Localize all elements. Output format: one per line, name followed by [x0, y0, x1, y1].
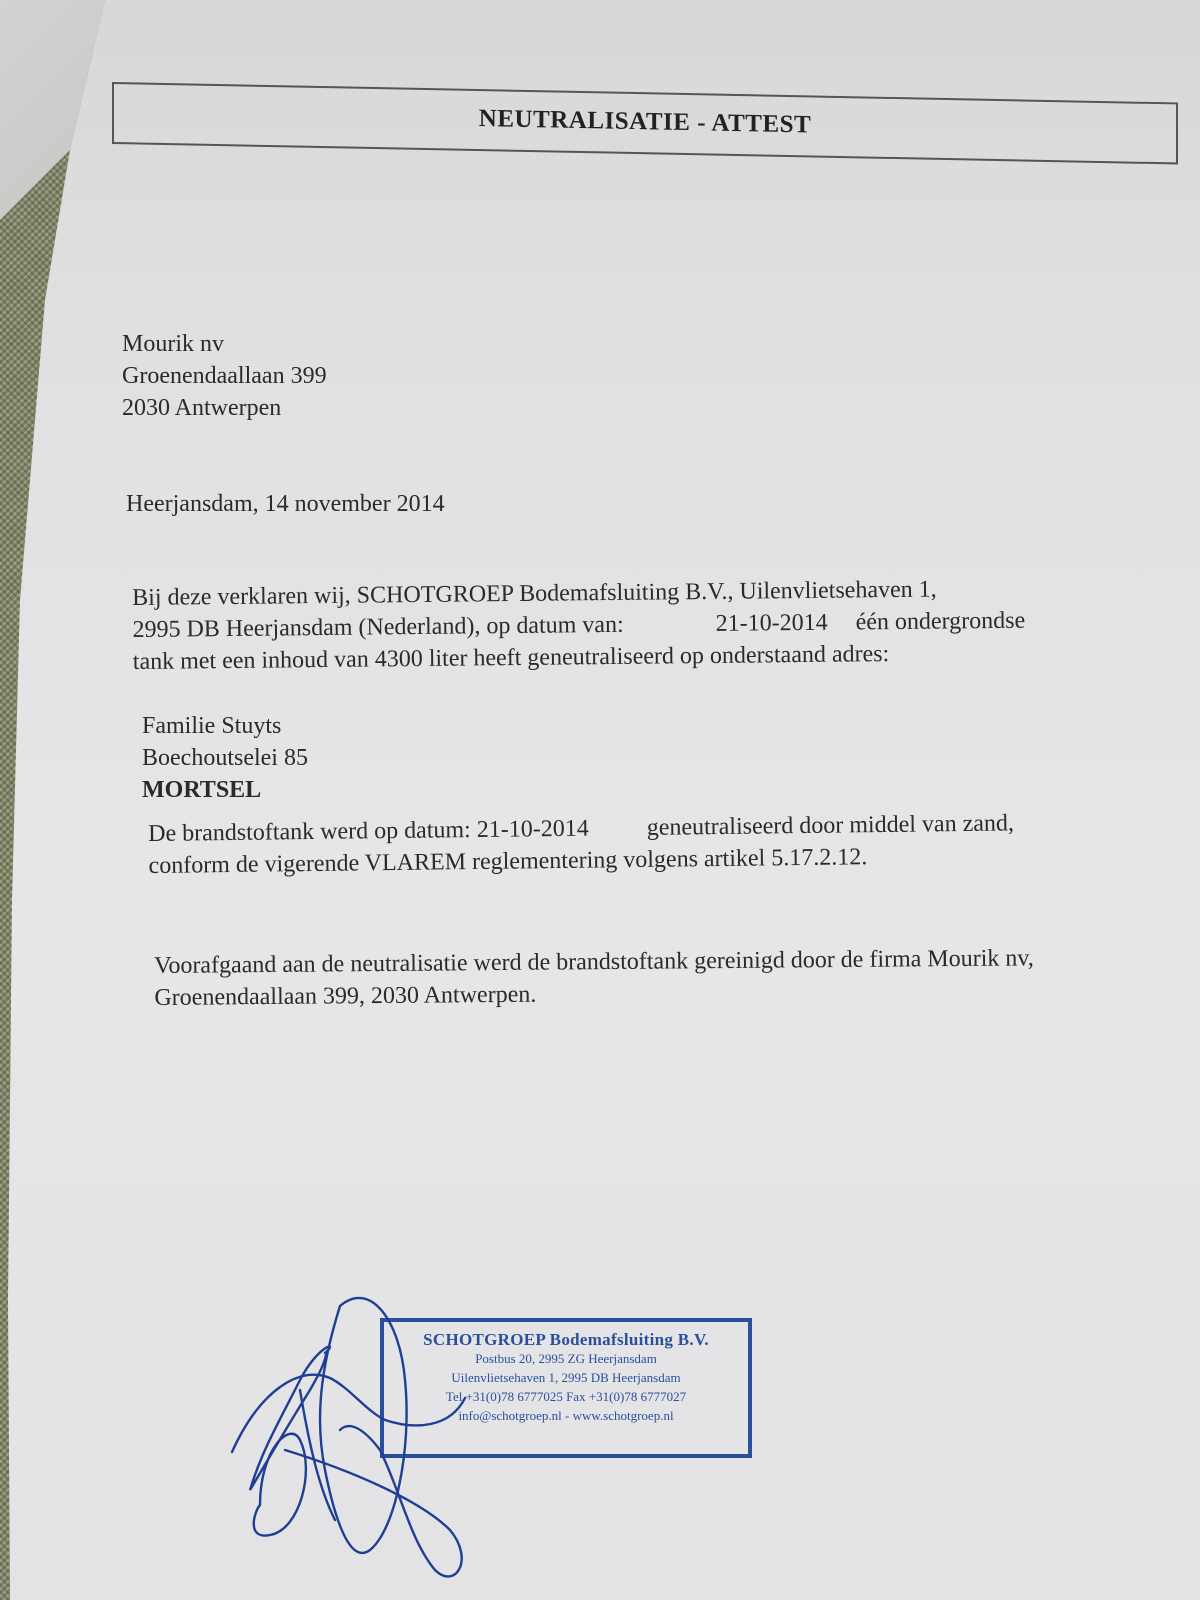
site-city: MORTSEL — [142, 774, 308, 806]
document-page: NEUTRALISATIE - ATTEST Mourik nv Groenen… — [0, 0, 1200, 1600]
site-street: Boechoutselei 85 — [142, 742, 308, 774]
recipient-address: Mourik nv Groenendaallaan 399 2030 Antwe… — [122, 328, 327, 424]
title-frame: NEUTRALISATIE - ATTEST — [112, 82, 1178, 164]
recipient-city: 2030 Antwerpen — [122, 392, 327, 424]
neutralisation-date: 21-10-2014 — [716, 610, 828, 637]
cleaning-line-2: Groenendaallaan 399, 2030 Antwerpen. — [154, 974, 1034, 1014]
method-line-1-start: De brandstoftank werd op datum: 21-10-20… — [148, 816, 589, 847]
method-line-1-end: geneutraliseerd door middel van zand, — [647, 810, 1014, 840]
place-date: Heerjansdam, 14 november 2014 — [126, 488, 445, 520]
document-title: NEUTRALISATIE - ATTEST — [114, 98, 1176, 146]
recipient-name: Mourik nv — [122, 328, 327, 360]
declaration-line-2-start: 2995 DB Heerjansdam (Nederland), op datu… — [132, 612, 623, 643]
site-address: Familie Stuyts Boechoutselei 85 MORTSEL — [142, 710, 308, 806]
declaration-line-2-end: één ondergrondse — [856, 608, 1026, 636]
cleaning-paragraph: Voorafgaand aan de neutralisatie werd de… — [154, 942, 1034, 1014]
method-paragraph: De brandstoftank werd op datum: 21-10-20… — [148, 807, 1014, 882]
declaration-paragraph: Bij deze verklaren wij, SCHOTGROEP Bodem… — [132, 573, 1026, 678]
site-name: Familie Stuyts — [142, 710, 308, 742]
recipient-street: Groenendaallaan 399 — [122, 360, 327, 392]
signature — [200, 1270, 520, 1600]
